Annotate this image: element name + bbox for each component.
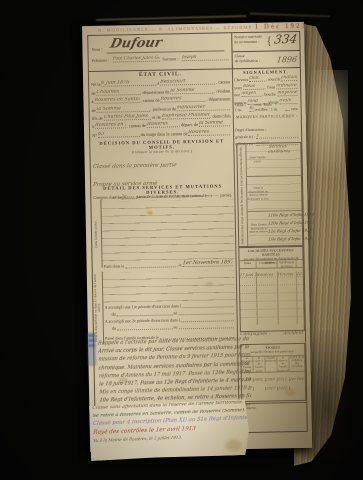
- ruled-blank-lines: [101, 199, 234, 262]
- corps-armee-active: Dans l'armée active. Services auxiliaire…: [246, 143, 301, 177]
- residences-table: LOCALITÉS SUCCESSIVES HABITÉES par suite…: [238, 246, 305, 332]
- du-au-line: du au: [112, 323, 235, 330]
- ruled-blank-lines: [103, 270, 236, 303]
- nom-row: Nom : Dufour: [91, 34, 227, 52]
- corps-disponibilite: Dans la disponibilité ou dans la réserve…: [247, 176, 302, 212]
- matricule-label: Numéro matricule du recrutement :: [234, 35, 262, 45]
- residence-blank-row: [241, 316, 304, 325]
- page-edge-highlight: [300, 70, 348, 180]
- surnom-label: Surnom :: [162, 56, 178, 61]
- degre-generale: générale (s) : 3: [235, 131, 299, 139]
- classe-cell: Classe de mobilisation : 1896: [233, 51, 300, 68]
- blue-margin-stamp: [87, 332, 97, 366]
- classe-label: Classe de mobilisation :: [235, 54, 261, 64]
- residence-row: 27 Juin 1902 Rosières Péronne 12.: [240, 268, 303, 277]
- top-page-edge: [250, 13, 330, 18]
- prenoms-value: Paul Charles Jules Gustave: [112, 56, 159, 62]
- prenoms-label: Prénoms :: [92, 58, 110, 63]
- brace-glyph: {: [266, 33, 272, 48]
- signalement-section: SIGNALEMENT. Cheveux chât. , sourcils ch…: [234, 69, 299, 119]
- surnom-value: Joseph: [182, 55, 197, 60]
- prenoms-row: Prénoms : Paul Charles Jules Gustave Sur…: [92, 54, 230, 63]
- corps-affectation-box: Indication des corps auxquels les hommes…: [236, 142, 303, 247]
- services-section-title: DÉTAIL DES SERVICES ET MUTATIONS DIVERSE…: [93, 183, 232, 200]
- nom-value: Dufour: [109, 36, 164, 52]
- matricule-value: 334: [273, 32, 298, 46]
- top-page-edge: [120, 20, 210, 23]
- identity-header: Nom : Dufour Prénoms : Paul Charles Jule…: [88, 33, 233, 71]
- bottom-slip: Classé sans affectation dans la réserve …: [89, 399, 250, 461]
- decision-entry-1: Classé dans la première partie: [92, 162, 177, 170]
- etat-civil-section: ÉTAT CIVIL. Né le 6 Juin 1876 à Beaucour…: [91, 70, 231, 137]
- numbers-header: Numéro matricule du recrutement : { 334 …: [232, 32, 300, 68]
- nom-label: Nom :: [91, 47, 102, 52]
- corps-rows: Dans l'armée active. Services auxiliaire…: [246, 143, 302, 246]
- signalement-line: nez moyen , bouche moyenne: [234, 89, 298, 98]
- signalement-line: Cheveux chât. , sourcils châtains: [234, 74, 298, 83]
- corps-territoriale-entries: 110e Régt d'Infie 1914 120e Régt d'Infie…: [268, 212, 305, 244]
- du-au-line: du au: [112, 309, 235, 316]
- marques-label: MARQUES PARTICULIÈRES :: [235, 114, 299, 119]
- archival-photo: R. MOBILISABLE — R. ALIMENTAIRES — RÉFOR…: [0, 0, 363, 480]
- residences-title: LOCALITÉS SUCCESSIVES HABITÉES par suite…: [239, 247, 302, 261]
- classe-value: 1896: [276, 55, 298, 64]
- corps-territoriale: Dans l'armée territoriale et dans sa rés…: [248, 211, 303, 246]
- matricule-cell: Numéro matricule du recrutement : { 334: [232, 32, 299, 52]
- slip-stain: [225, 439, 241, 452]
- parti-line: Parti dans la , le 1er Novembre 1897: [104, 259, 234, 268]
- signalement-line: yeux bleus , front ordinaire: [234, 81, 298, 90]
- taille-line: Taille : 1 m. 68 cent. Taille rectifiée …: [235, 104, 299, 113]
- matricule-sheet: R. MOBILISABLE — R. ALIMENTAIRES — RÉFOR…: [82, 22, 312, 452]
- form-header: Nom : Dufour Prénoms : Paul Charles Jule…: [88, 32, 300, 71]
- stamp-date: 1 Déc 1923: [255, 22, 307, 31]
